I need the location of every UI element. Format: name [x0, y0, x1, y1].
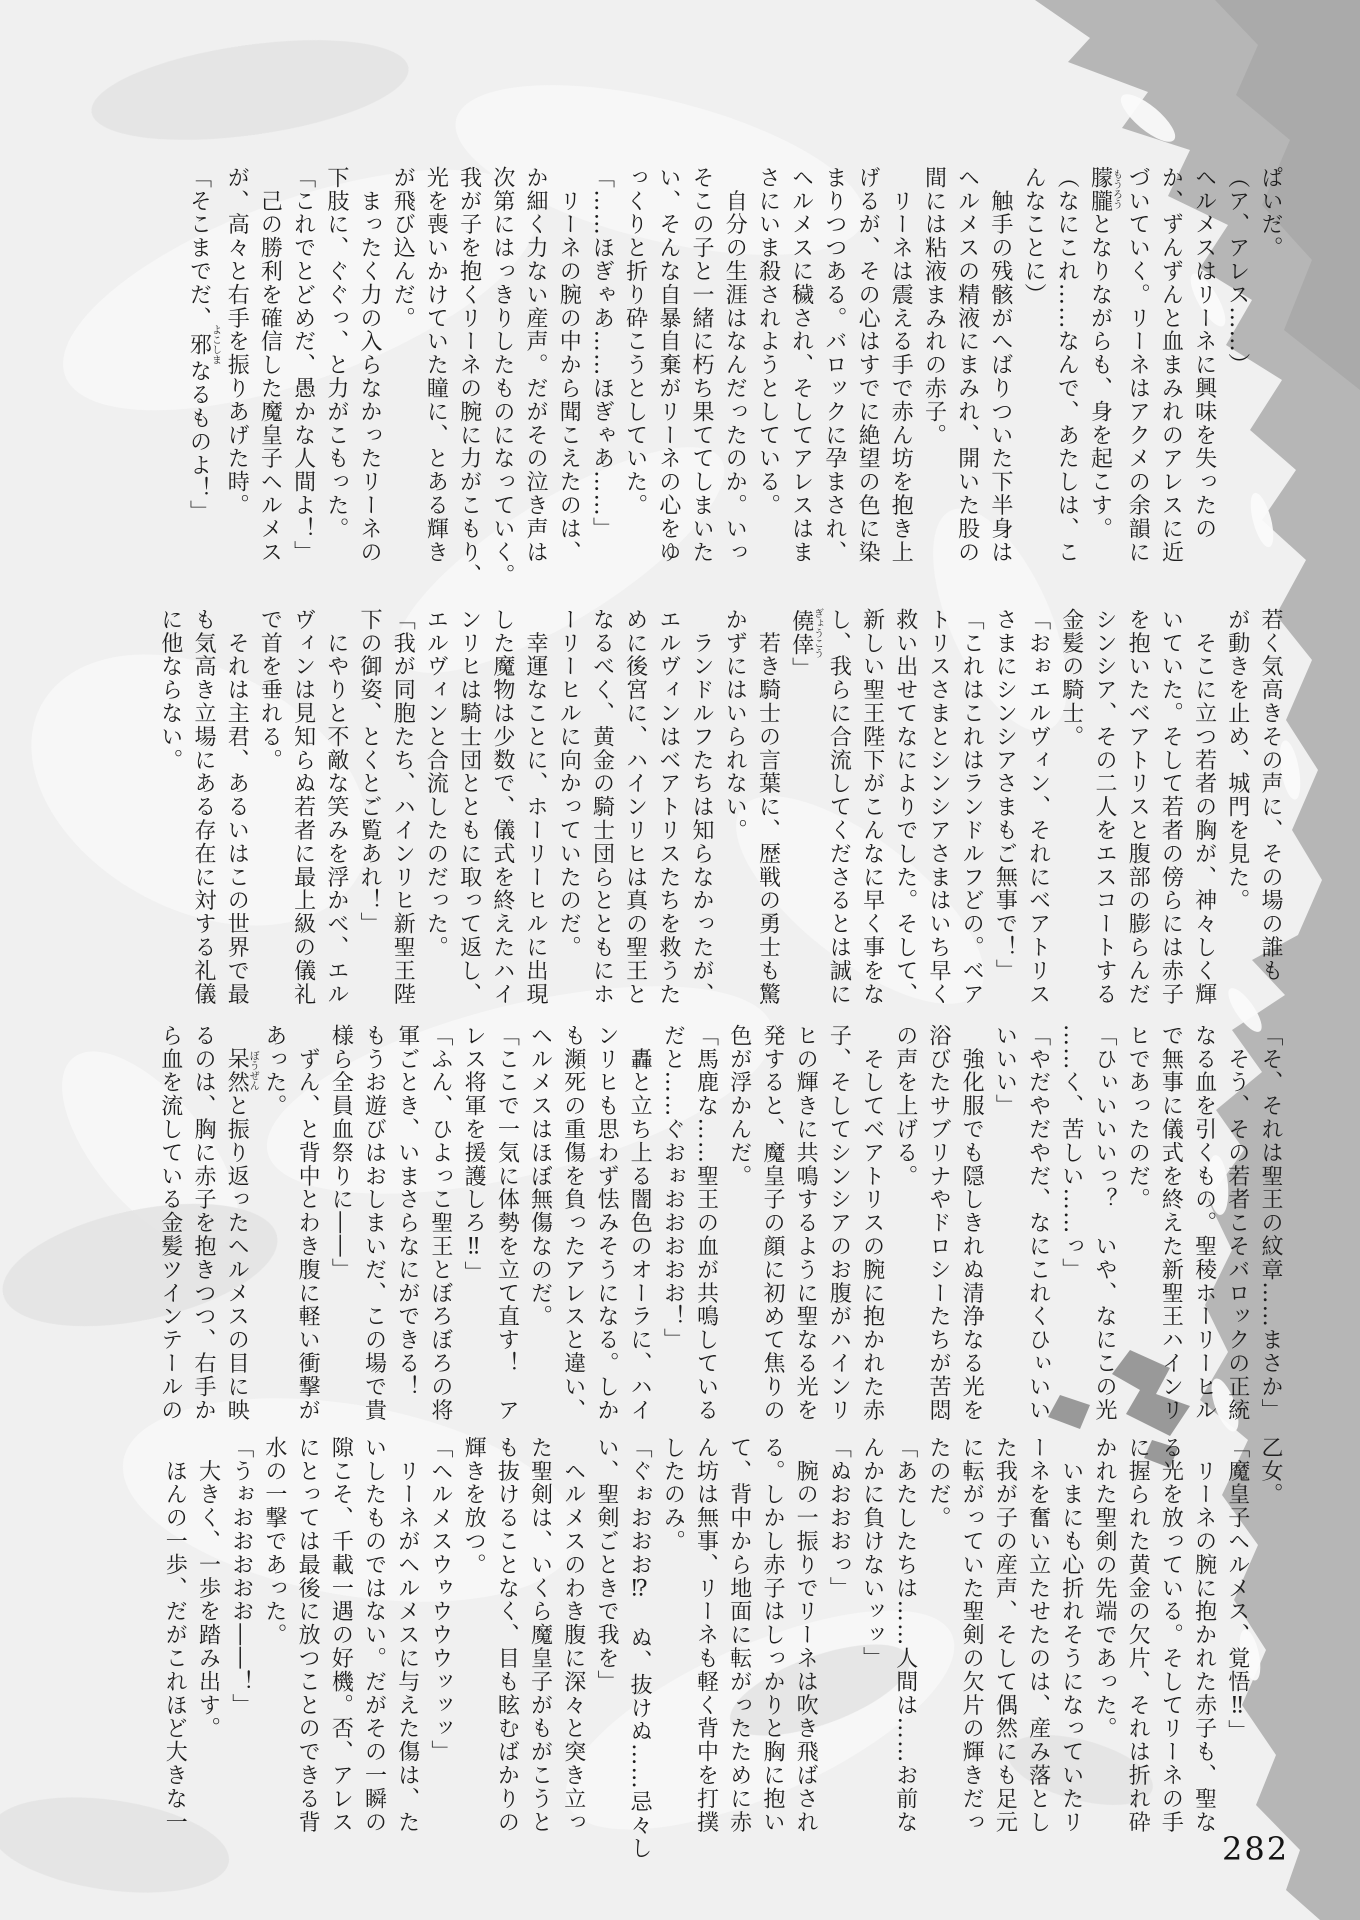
text-column: ヘルメスはリーネに興味を失ったの — [1187, 166, 1220, 566]
text-column: 僥倖ぎょうこう」 — [784, 608, 822, 1008]
text-column: にやりと不敵な笑みを浮かべ、エル — [320, 608, 353, 1008]
text-column: ランドルフたちは知らなかったが、 — [685, 608, 718, 1008]
text-column: それは主君、あるいはこの世界で最 — [220, 608, 253, 1008]
text-column: ん坊は無事、リーネも軽く背中を打撲 — [689, 1436, 722, 1836]
text-column: 我が子を抱くリーネの腕に力がこもり、 — [452, 166, 485, 566]
text-band-2: 若く気高きその声に、その場の誰もが動きを止め、城門を見た。 そこに立つ若者の胸が… — [154, 608, 1287, 1008]
text-column: 「ぬおおおっ」 — [822, 1436, 855, 1836]
text-column: 隙こそ、千載一遇の好機。否、アレス — [324, 1436, 357, 1836]
text-column: いまにも心折れそうになっていたリ — [1055, 1436, 1088, 1836]
text-column: 「魔皇子ヘルメス、覚悟‼」 — [1221, 1436, 1254, 1836]
text-column: 「ひぃいいいっ？ いや、なにこの光 — [1088, 1024, 1121, 1424]
text-column: ンリヒも思わず怯みそうになる。しか — [590, 1024, 623, 1424]
text-column: が飛び込んだ。 — [386, 166, 419, 566]
text-column: なる血を引くもの。聖稜ホーリーヒル — [1187, 1024, 1220, 1424]
text-column: ら血を流している金髪ツインテールの — [154, 1024, 187, 1424]
text-column: んなことに） — [1017, 166, 1050, 566]
text-band-3: 「そ、それは聖王の紋章……まさか」 そう、その若者こそバロックの正統なる血を引く… — [154, 1024, 1287, 1424]
text-column: もうお遊びはおしまいだ、この場で貴 — [357, 1024, 390, 1424]
text-column: て、背中から地面に転がったために赤 — [723, 1436, 756, 1836]
text-column: 間には粘液まみれの赤子。 — [917, 166, 950, 566]
text-column: るのは、胸に赤子を抱きつつ、右手か — [187, 1024, 220, 1424]
text-column: リーネの腕の中から聞こえたのは、 — [552, 166, 585, 566]
text-column: 「やだやだやだ、なにこれくひぃいい — [1021, 1024, 1054, 1424]
text-column: ヒの輝きに共鳴するように聖なる光を — [789, 1024, 822, 1424]
text-column: に握られた黄金の欠片、それは折れ砕 — [1121, 1436, 1154, 1836]
text-column: ヒであったのだ。 — [1121, 1024, 1154, 1424]
text-column: 子、そしてシンシアのお腹がハインリ — [822, 1024, 855, 1424]
page-number: 282 — [1222, 1830, 1289, 1868]
text-column: （なにこれ……なんで、あたしは、こ — [1050, 166, 1083, 566]
text-column: 救い出せてなによりでした。そして、 — [889, 608, 922, 1008]
text-column: 軍ごとき、いまさらなにができる！ — [391, 1024, 424, 1424]
text-column: 「我が同胞たち、ハインリヒ新聖王陛 — [386, 608, 419, 1008]
text-column: 光を喪いかけていた瞳に、とある輝き — [419, 166, 452, 566]
text-column: いいい」 — [988, 1024, 1021, 1424]
text-column: めに後宮に、ハインリヒは真の聖王と — [618, 608, 651, 1008]
text-column: も抜けることなく、目も眩むばかりの — [490, 1436, 523, 1836]
text-column: したのみ。 — [656, 1436, 689, 1836]
text-column: あった。 — [258, 1024, 291, 1424]
text-column: なるべく、黄金の騎士団らとともにホ — [585, 608, 618, 1008]
text-column: に転がっていた聖剣の欠片の輝きだっ — [955, 1436, 988, 1836]
text-column: リーネがヘルメスに与えた傷は、た — [391, 1436, 424, 1836]
text-column: 新しい聖王陛下がこんなに早く事をな — [855, 608, 888, 1008]
text-column: 浴びたサブリナやドロシーたちが苦悶 — [922, 1024, 955, 1424]
text-column: 「あたしたちは……人間は……お前な — [889, 1436, 922, 1836]
text-column: かずにはいられない。 — [718, 608, 751, 1008]
text-column: そこの子と一緒に朽ち果ててしまいた — [685, 166, 718, 566]
text-column: 「……ほぎゃあ……ほぎゃあ……」 — [585, 166, 618, 566]
text-column: づいていく。リーネはアクメの余韻に — [1121, 166, 1154, 566]
text-column: 「ヘルメスウゥウウウッッッ」 — [424, 1436, 457, 1836]
text-column: い、そんな自暴自棄がリーネの心をゆ — [652, 166, 685, 566]
text-column: る。しかし赤子はしっかりと胸に抱い — [756, 1436, 789, 1836]
text-column: 乙女。 — [1254, 1436, 1287, 1836]
text-column: ヘルメスのわき腹に深々と突き立っ — [557, 1436, 590, 1836]
text-column: （ア、アレス……） — [1221, 166, 1254, 566]
text-column: げるが、その心はすでに絶望の色に染 — [851, 166, 884, 566]
text-column: シンシア、その二人をエスコートする — [1088, 608, 1121, 1008]
text-column: 呆然ぼうぜんと振り返ったヘルメスの目に映 — [220, 1024, 258, 1424]
text-column: トリスさまとシンシアさまはいち早く — [922, 608, 955, 1008]
text-column: 幸運なことに、ホーリーヒルに出現 — [519, 608, 552, 1008]
text-column: ヴィンは見知らぬ若者に最上級の儀礼 — [286, 608, 319, 1008]
text-column: 「そ、それは聖王の紋章……まさか」 — [1254, 1024, 1287, 1424]
text-column: んかに負けないッッ」 — [855, 1436, 888, 1836]
text-column: か細く力ない産声。だがその泣き声は — [519, 166, 552, 566]
text-column: まりつつある。バロックに孕まされ、 — [818, 166, 851, 566]
text-column: 己の勝利を確信した魔皇子ヘルメス — [253, 166, 286, 566]
text-column: した魔物は少数で、儀式を終えたハイ — [486, 608, 519, 1008]
text-column: 「おぉエルヴィン、それにベアトリス — [1021, 608, 1054, 1008]
text-column: レス将軍を援護しろ‼」 — [457, 1024, 490, 1424]
text-column: エルヴィンと合流したのだった。 — [419, 608, 452, 1008]
text-column: 若き騎士の言葉に、歴戦の勇士も驚 — [751, 608, 784, 1008]
text-column: 発すると、魔皇子の顔に初めて焦りの — [756, 1024, 789, 1424]
text-column: で無事に儀式を終えた新聖王ハインリ — [1154, 1024, 1187, 1424]
text-column: で首を垂れる。 — [253, 608, 286, 1008]
text-column: 自分の生涯はなんだったのか。いっ — [718, 166, 751, 566]
text-column: エルヴィンはベアトリスたちを救うた — [652, 608, 685, 1008]
text-column: ヘルメスに穢され、そしてアレスはま — [784, 166, 817, 566]
text-column: ……く、苦しい……っ」 — [1055, 1024, 1088, 1424]
text-column: いしたものではない。だがその一瞬の — [357, 1436, 390, 1836]
text-column: 強化服でも隠しきれぬ清浄なる光を — [955, 1024, 988, 1424]
text-column: 「これはこれはランドルフどの。ベア — [955, 608, 988, 1008]
text-column: 金髪の騎士。 — [1055, 608, 1088, 1008]
text-column: た聖剣は、いくら魔皇子がもがこうと — [523, 1436, 556, 1836]
text-column: 様ら全員血祭りに――」 — [324, 1024, 357, 1424]
text-column: 「ここで一気に体勢を立て直す！ ア — [490, 1024, 523, 1424]
text-column: に他ならない。 — [154, 608, 187, 1008]
text-column: そこに立つ若者の胸が、神々しく輝 — [1187, 608, 1220, 1008]
text-column: 轟と立ち上る闇色のオーラに、ハイ — [623, 1024, 656, 1424]
text-column: そしてベアトリスの腕に抱かれた赤 — [855, 1024, 888, 1424]
text-column: が、高々と右手を振りあげた時。 — [220, 166, 253, 566]
text-column: い、聖剣ごときで我を」 — [590, 1436, 623, 1836]
text-column: ーリーヒルに向かっていたのだ。 — [552, 608, 585, 1008]
text-column: っくりと折り砕こうとしていた。 — [618, 166, 651, 566]
text-column: 下肢に、ぐぐっ、と力がこもった。 — [320, 166, 353, 566]
text-column: を抱いたベアトリスと腹部の膨らんだ — [1121, 608, 1154, 1008]
text-column: だと……ぐおぉおおおおお！」 — [656, 1024, 689, 1424]
text-column: リーネは震える手で赤ん坊を抱き上 — [884, 166, 917, 566]
text-column: 朦朧もうろうとなりながらも、身を起こす。 — [1083, 166, 1121, 566]
text-column: 腕の一振りでリーネは吹き飛ばされ — [789, 1436, 822, 1836]
text-column: さまにシンシアさまもご無事で！」 — [988, 608, 1021, 1008]
text-band-1: ぱいだ。（ア、アレス……）ヘルメスはリーネに興味を失ったのか、ずんずんと血まみれ… — [182, 166, 1287, 566]
text-column: 若く気高きその声に、その場の誰も — [1254, 608, 1287, 1008]
text-column: 「そこまでだ、邪よこしまなるものよ！」 — [182, 166, 220, 566]
text-column: 次第にはっきりしたものになっていく。 — [486, 166, 519, 566]
text-column: ンリヒは騎士団とともに取って返し、 — [452, 608, 485, 1008]
text-column: さにいま殺されようとしている。 — [751, 166, 784, 566]
text-column: 水の一撃であった。 — [258, 1436, 291, 1836]
text-column: 大きく、一歩を踏み出す。 — [191, 1436, 224, 1836]
text-column: も気高き立場にある存在に対する礼儀 — [187, 608, 220, 1008]
text-column: 下の御姿、とくとご覧あれ！」 — [353, 608, 386, 1008]
text-column: 色が浮かんだ。 — [723, 1024, 756, 1424]
text-column: リーネの腕に抱かれた赤子も、聖な — [1187, 1436, 1220, 1836]
text-column: 「ふん、ひよっこ聖王とぼろぼろの将 — [424, 1024, 457, 1424]
text-column: も瀕死の重傷を負ったアレスと違い、 — [557, 1024, 590, 1424]
text-column: ほんの一歩、だがこれほど大きな一 — [158, 1436, 191, 1836]
text-column: まったく力の入らなかったリーネの — [353, 166, 386, 566]
text-column: の声を上げる。 — [889, 1024, 922, 1424]
text-column: ヘルメスの精液にまみれ、開いた股の — [950, 166, 983, 566]
text-column: 輝きを放つ。 — [457, 1436, 490, 1836]
text-column: か、ずんずんと血まみれのアレスに近 — [1154, 166, 1187, 566]
text-column: ーネを奮い立たせたのは、産み落とし — [1021, 1436, 1054, 1836]
text-band-4: 乙女。「魔皇子ヘルメス、覚悟‼」 リーネの腕に抱かれた赤子も、聖なる光を放ってい… — [158, 1436, 1287, 1836]
text-column: いていた。そして若者の傍らには赤子 — [1154, 608, 1187, 1008]
text-column: そう、その若者こそバロックの正統 — [1221, 1024, 1254, 1424]
text-column: が動きを止め、城門を見た。 — [1221, 608, 1254, 1008]
text-column: 触手の残骸がへばりついた下半身は — [984, 166, 1017, 566]
novel-page: ぱいだ。（ア、アレス……）ヘルメスはリーネに興味を失ったのか、ずんずんと血まみれ… — [0, 0, 1360, 1920]
text-column: 「これでとどめだ、愚かな人間よ！」 — [286, 166, 319, 566]
text-column: た我が子の産声、そして偶然にも足元 — [988, 1436, 1021, 1836]
text-column: し、我らに合流してくださるとは誠に — [822, 608, 855, 1008]
text-column: にとっては最後に放つことのできる背 — [291, 1436, 324, 1836]
text-column: 「馬鹿な……聖王の血が共鳴している — [689, 1024, 722, 1424]
text-column: 「ぐぉおおお⁉ ぬ、抜けぬ……忌々し — [623, 1436, 656, 1836]
text-column: 「うぉおおおおお――！」 — [225, 1436, 258, 1836]
text-column: ずん、と背中とわき腹に軽い衝撃が — [291, 1024, 324, 1424]
text-column: ヘルメスはほぼ無傷なのだ。 — [523, 1024, 556, 1424]
text-column: ぱいだ。 — [1254, 166, 1287, 566]
text-column: たのだ。 — [922, 1436, 955, 1836]
text-column: る光を放っている。そしてリーネの手 — [1154, 1436, 1187, 1836]
text-column: かれた聖剣の先端であった。 — [1088, 1436, 1121, 1836]
